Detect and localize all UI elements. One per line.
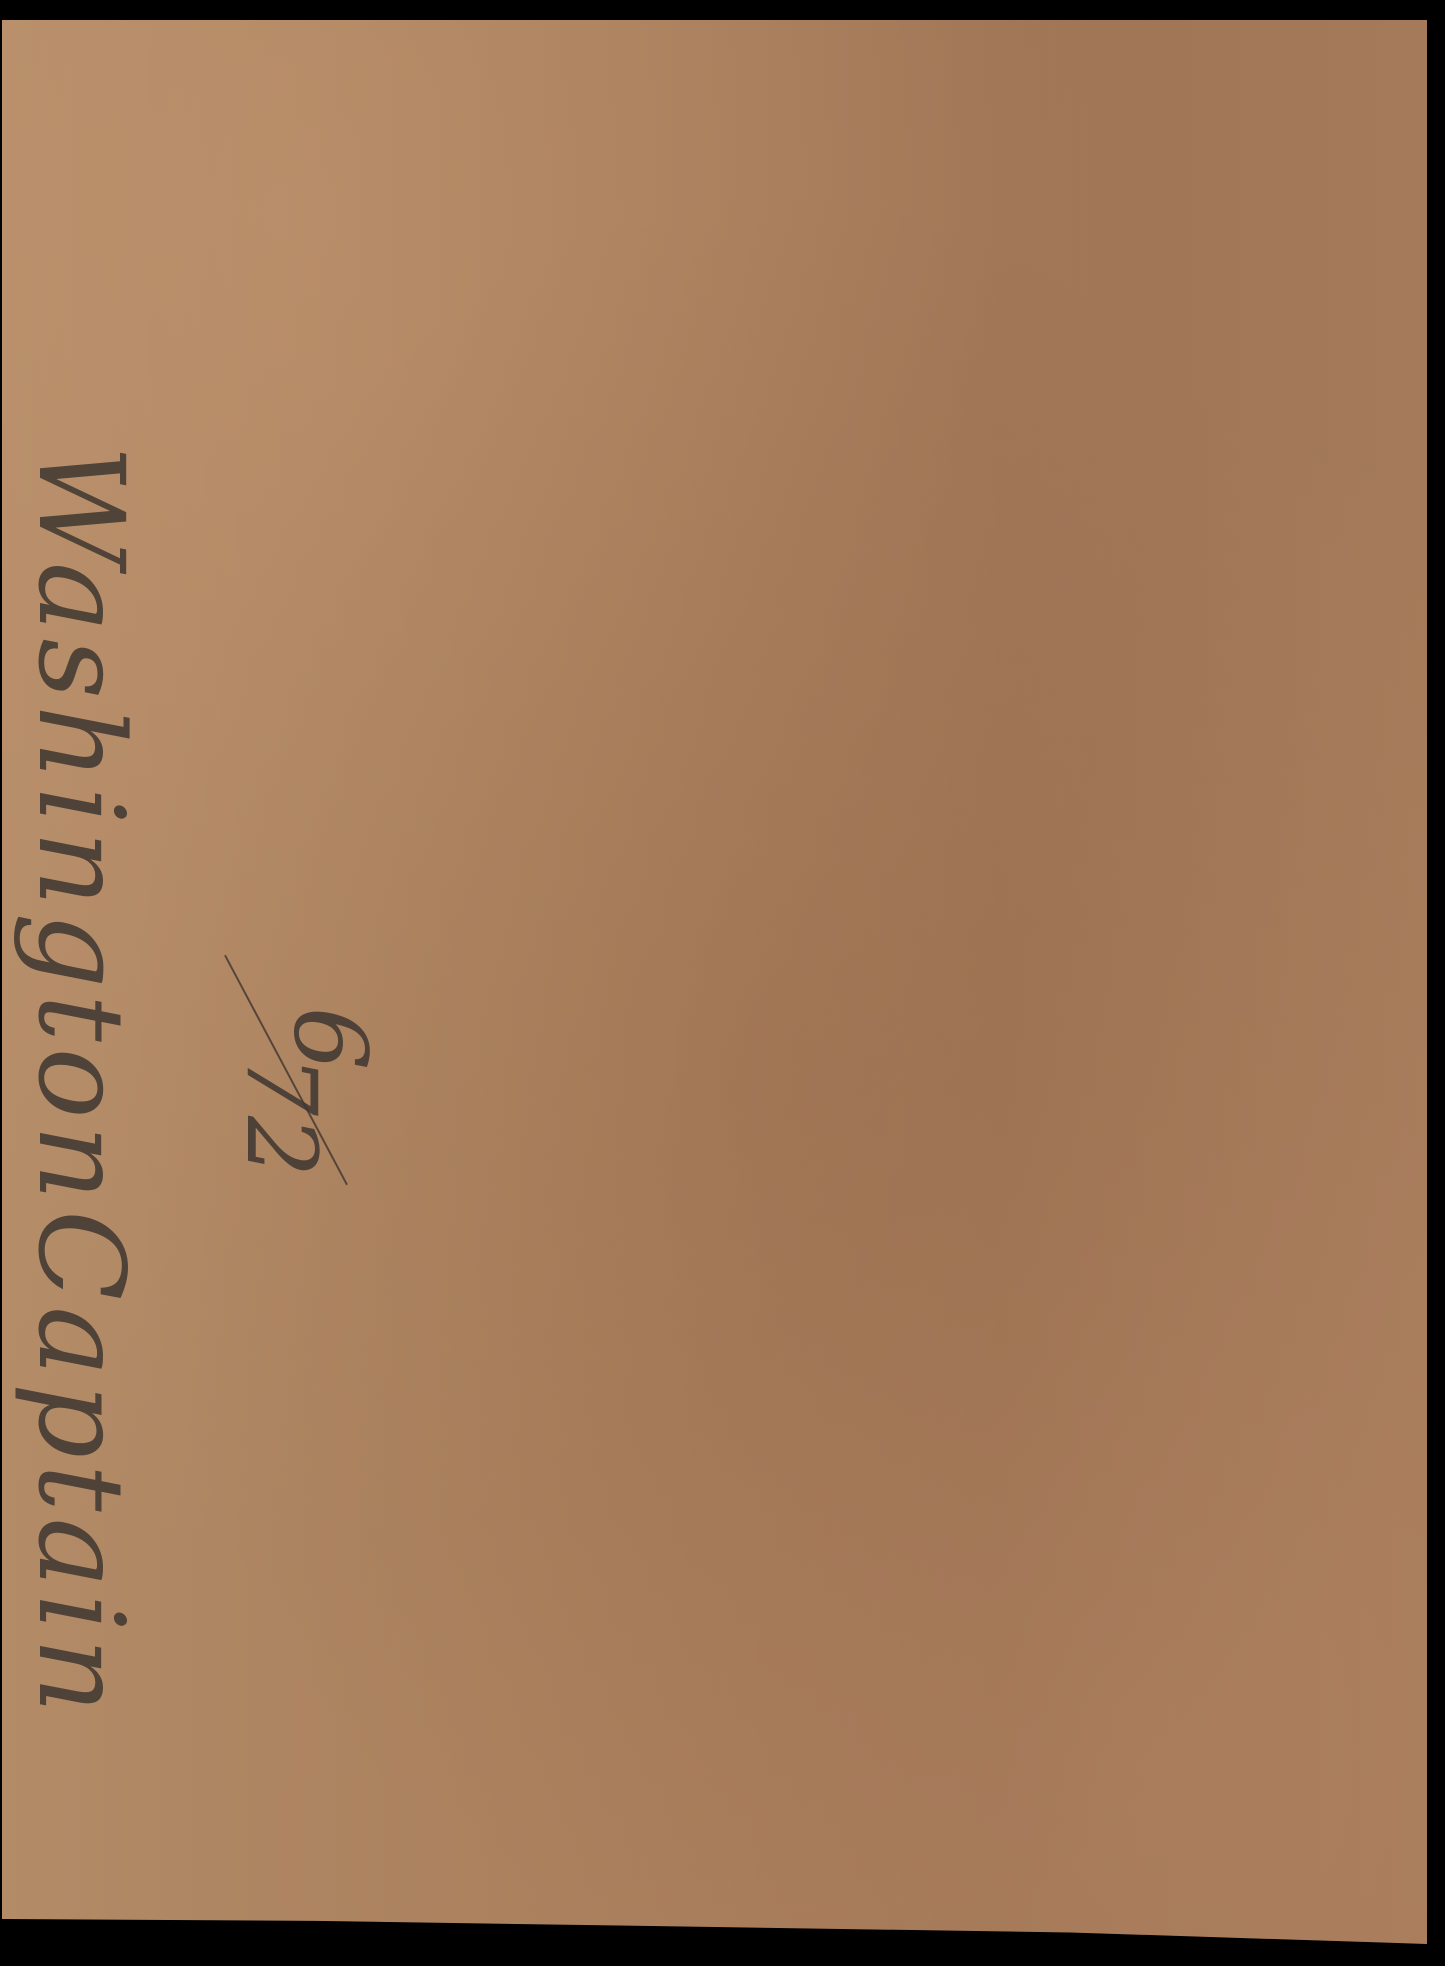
- handwritten-fraction: 6 72: [190, 950, 390, 1210]
- fraction-denominator: 72: [225, 1055, 337, 1177]
- handwritten-word-washington: Washington: [12, 445, 150, 1207]
- handwritten-word-captain: Captain: [12, 1210, 150, 1720]
